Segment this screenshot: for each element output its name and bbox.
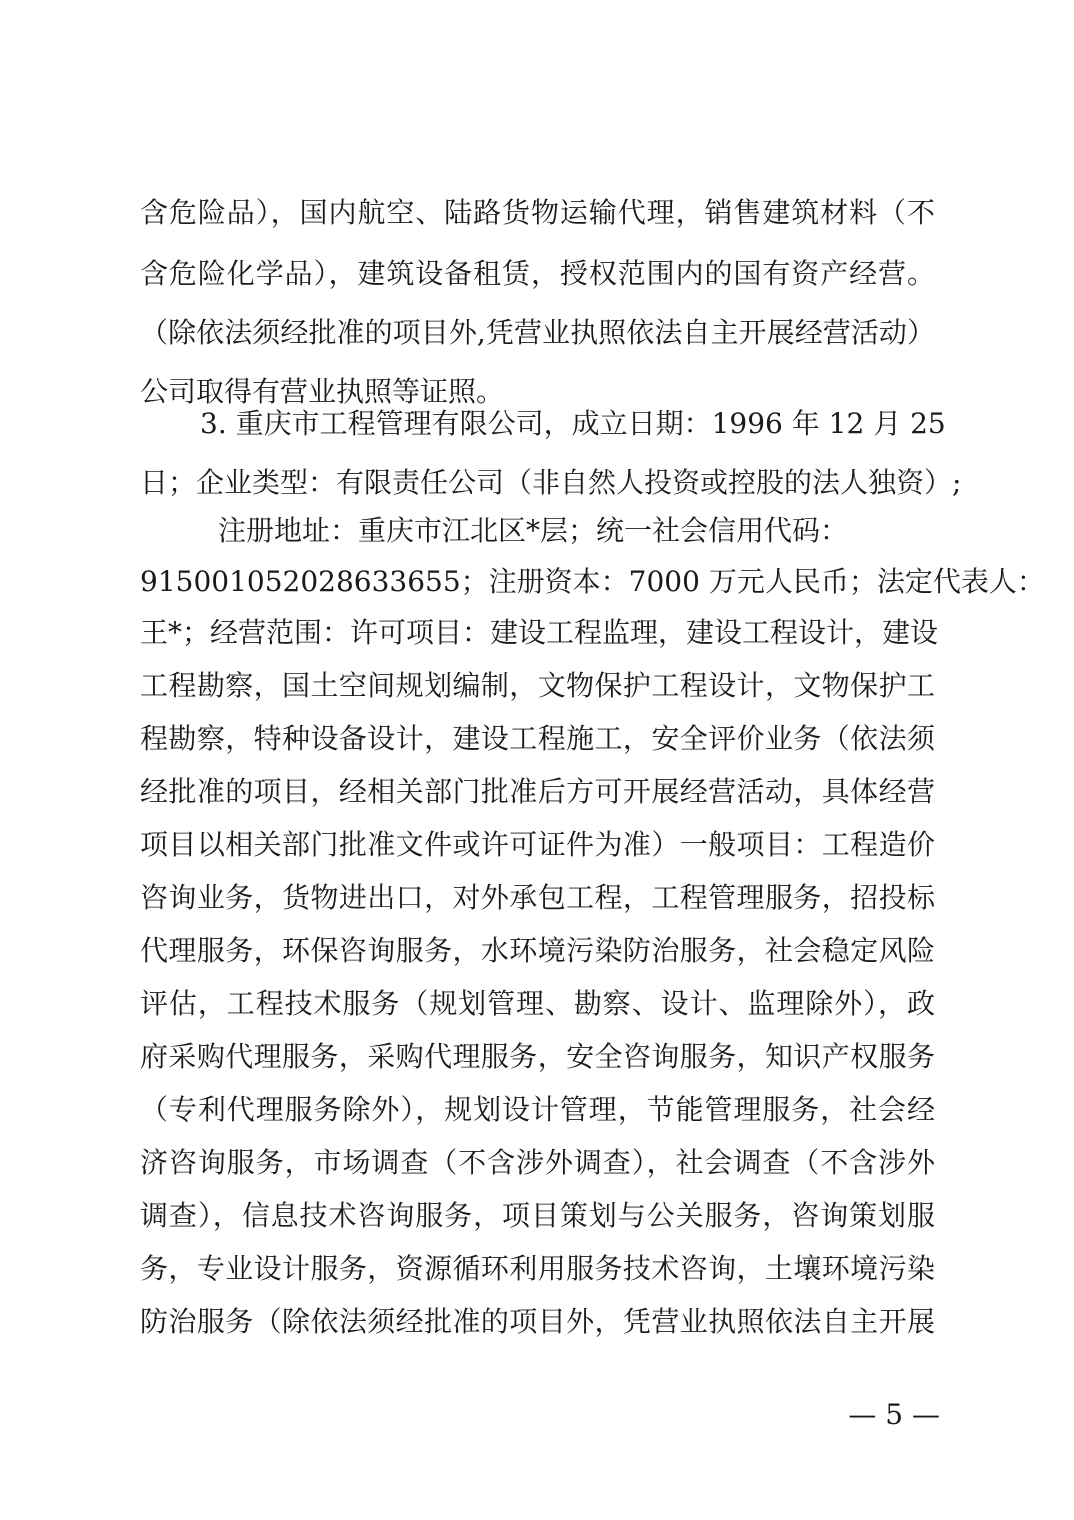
text-line: 含危险品），国内航空、陆路货物运输代理，销售建筑材料（不: [140, 193, 935, 233]
text-line: 府采购代理服务，采购代理服务，安全咨询服务，知识产权服务: [140, 1037, 935, 1077]
text-line: 工程勘察，国土空间规划编制，文物保护工程设计，文物保护工: [140, 666, 935, 706]
document-page: 含危险品），国内航空、陆路货物运输代理，销售建筑材料（不 含危险化学品），建筑设…: [0, 0, 1074, 1520]
text-line: 王*；经营范围：许可项目：建设工程监理，建设工程设计，建设: [140, 613, 935, 653]
text-line: 务，专业设计服务，资源循环利用服务技术咨询，土壤环境污染: [140, 1249, 935, 1289]
text-line: 调查），信息技术咨询服务，项目策划与公关服务，咨询策划服: [140, 1196, 935, 1236]
company-heading-line: 3. 重庆市工程管理有限公司，成立日期：1996 年 12 月 25: [200, 404, 935, 444]
text-line: 防治服务（除依法须经批准的项目外，凭营业执照依法自主开展: [140, 1302, 935, 1342]
text-line: 程勘察，特种设备设计，建设工程施工，安全评价业务（依法须: [140, 719, 935, 759]
text-line: 项目以相关部门批准文件或许可证件为准）一般项目：工程造价: [140, 825, 935, 865]
text-line: （专利代理服务除外），规划设计管理，节能管理服务，社会经: [140, 1090, 935, 1130]
text-line: 评估，工程技术服务（规划管理、勘察、设计、监理除外），政: [140, 984, 935, 1024]
address-line: 注册地址：重庆市江北区*层；统一社会信用代码：: [218, 511, 818, 551]
text-line: 咨询业务，货物进出口，对外承包工程，工程管理服务，招投标: [140, 878, 935, 918]
text-line: 含危险化学品），建筑设备租赁，授权范围内的国有资产经营。: [140, 254, 935, 294]
text-line: 代理服务，环保咨询服务，水环境污染防治服务，社会稳定风险: [140, 931, 935, 971]
text-line: 日；企业类型：有限责任公司（非自然人投资或控股的法人独资）;: [140, 463, 935, 503]
page-number: — 5 —: [820, 1395, 940, 1435]
text-line: （除依法须经批准的项目外,凭营业执照依法自主开展经营活动）: [140, 313, 935, 353]
text-line: 经批准的项目，经相关部门批准后方可开展经营活动，具体经营: [140, 772, 935, 812]
credit-code-line: 915001052028633655；注册资本：7000 万元人民币；法定代表人…: [140, 562, 935, 602]
text-line: 济咨询服务，市场调查（不含涉外调查），社会调查（不含涉外: [140, 1143, 935, 1183]
